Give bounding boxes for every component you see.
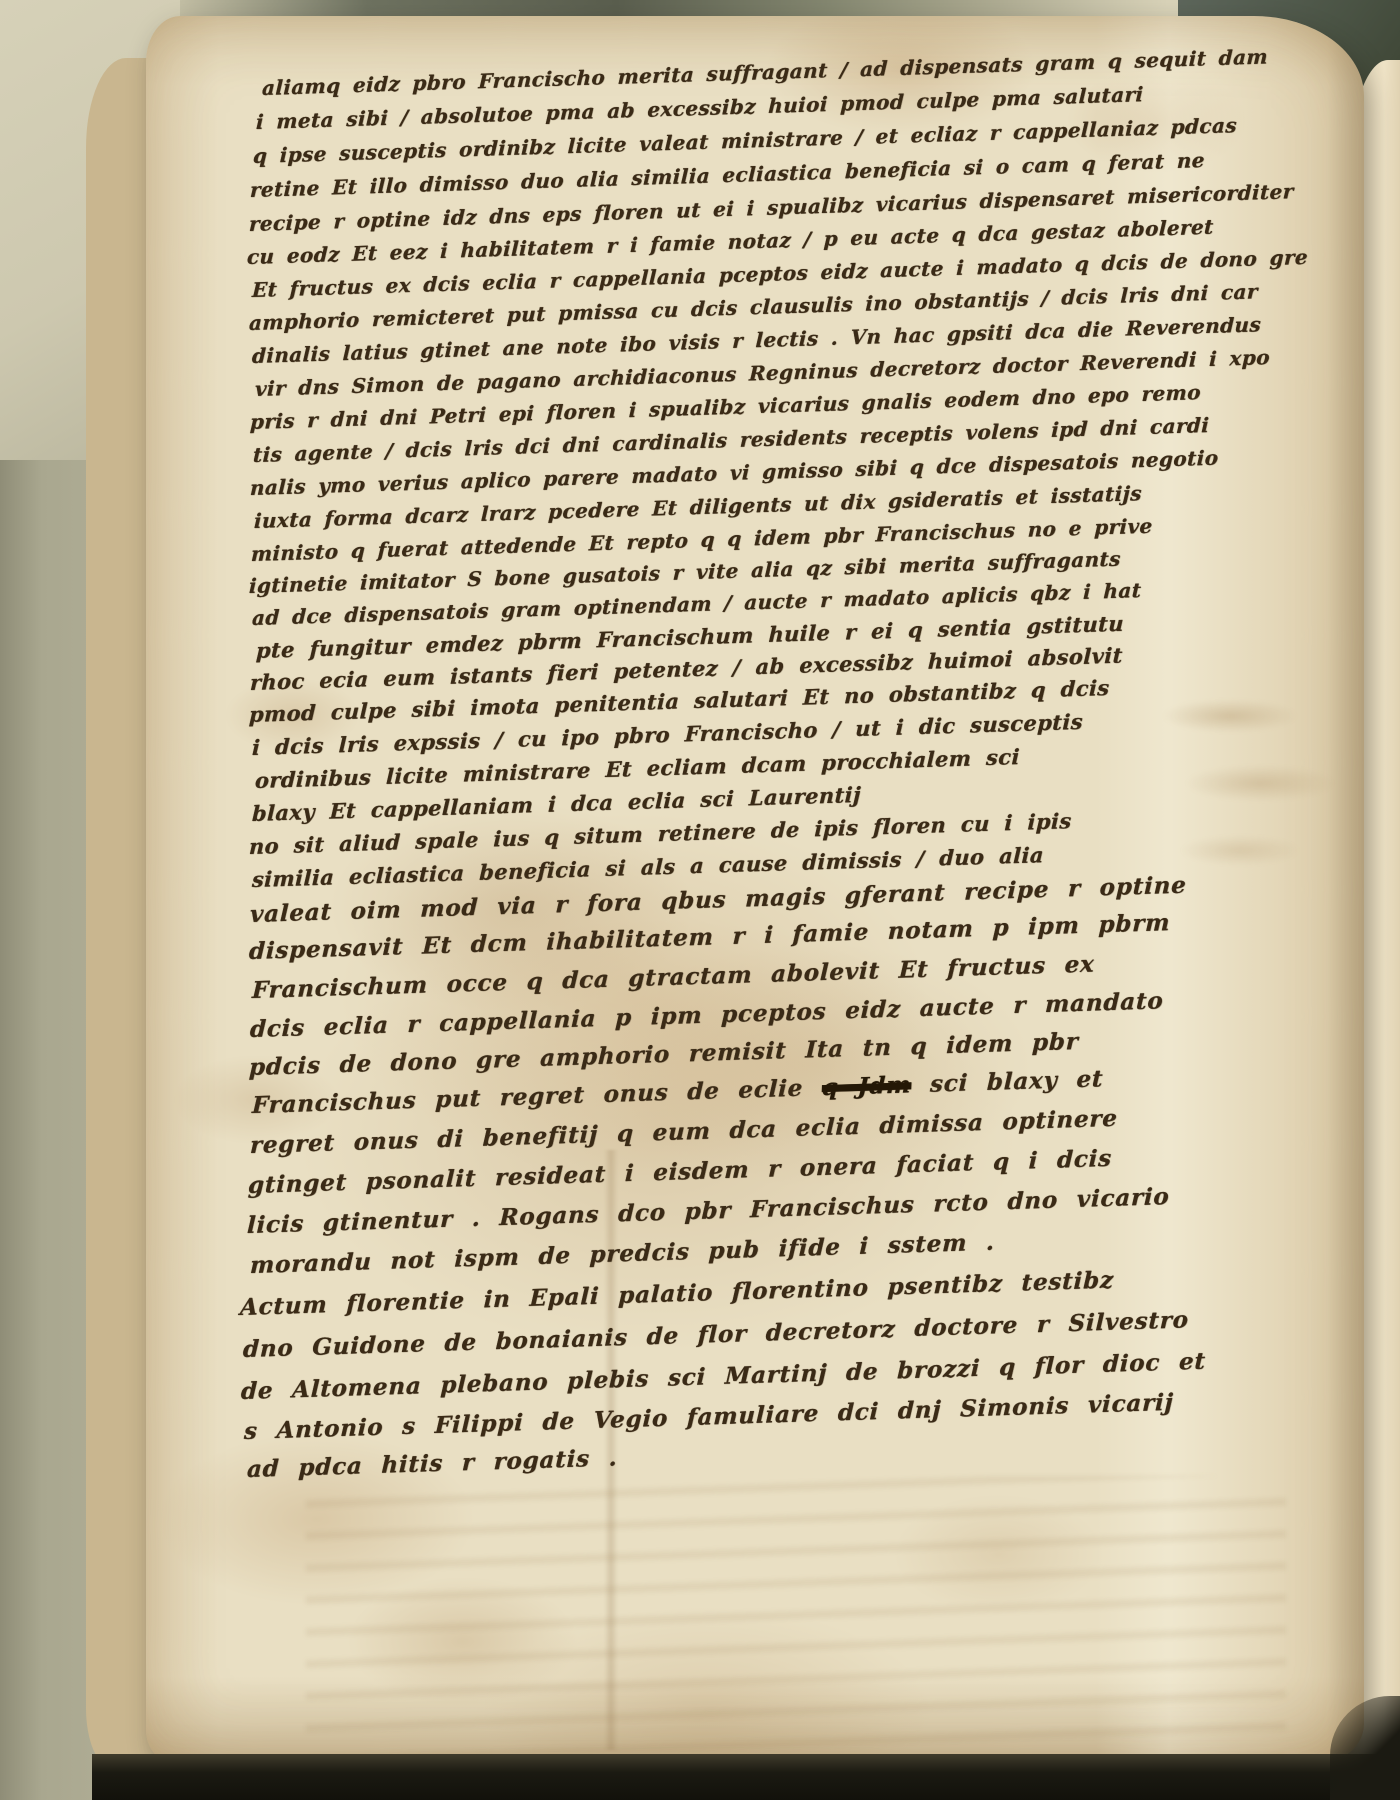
manuscript-photo: aliamq eidz pbro Francischo merita suffr… (0, 0, 1400, 1800)
book-bottom-shadow (92, 1754, 1400, 1800)
line-text-before-strike: Francischus put regret onus de eclie (251, 1074, 822, 1119)
line-text-after-strike: sci blaxy et (911, 1065, 1104, 1098)
struck-out-word: q Jdm (821, 1071, 911, 1101)
handwritten-text-block: aliamq eidz pbro Francischo merita suffr… (0, 0, 1400, 1800)
manuscript-line: ad pdca hitis r rogatis . (246, 1444, 618, 1483)
manuscript-line: morandu not ispm de predcis pub ifide i … (249, 1229, 995, 1279)
